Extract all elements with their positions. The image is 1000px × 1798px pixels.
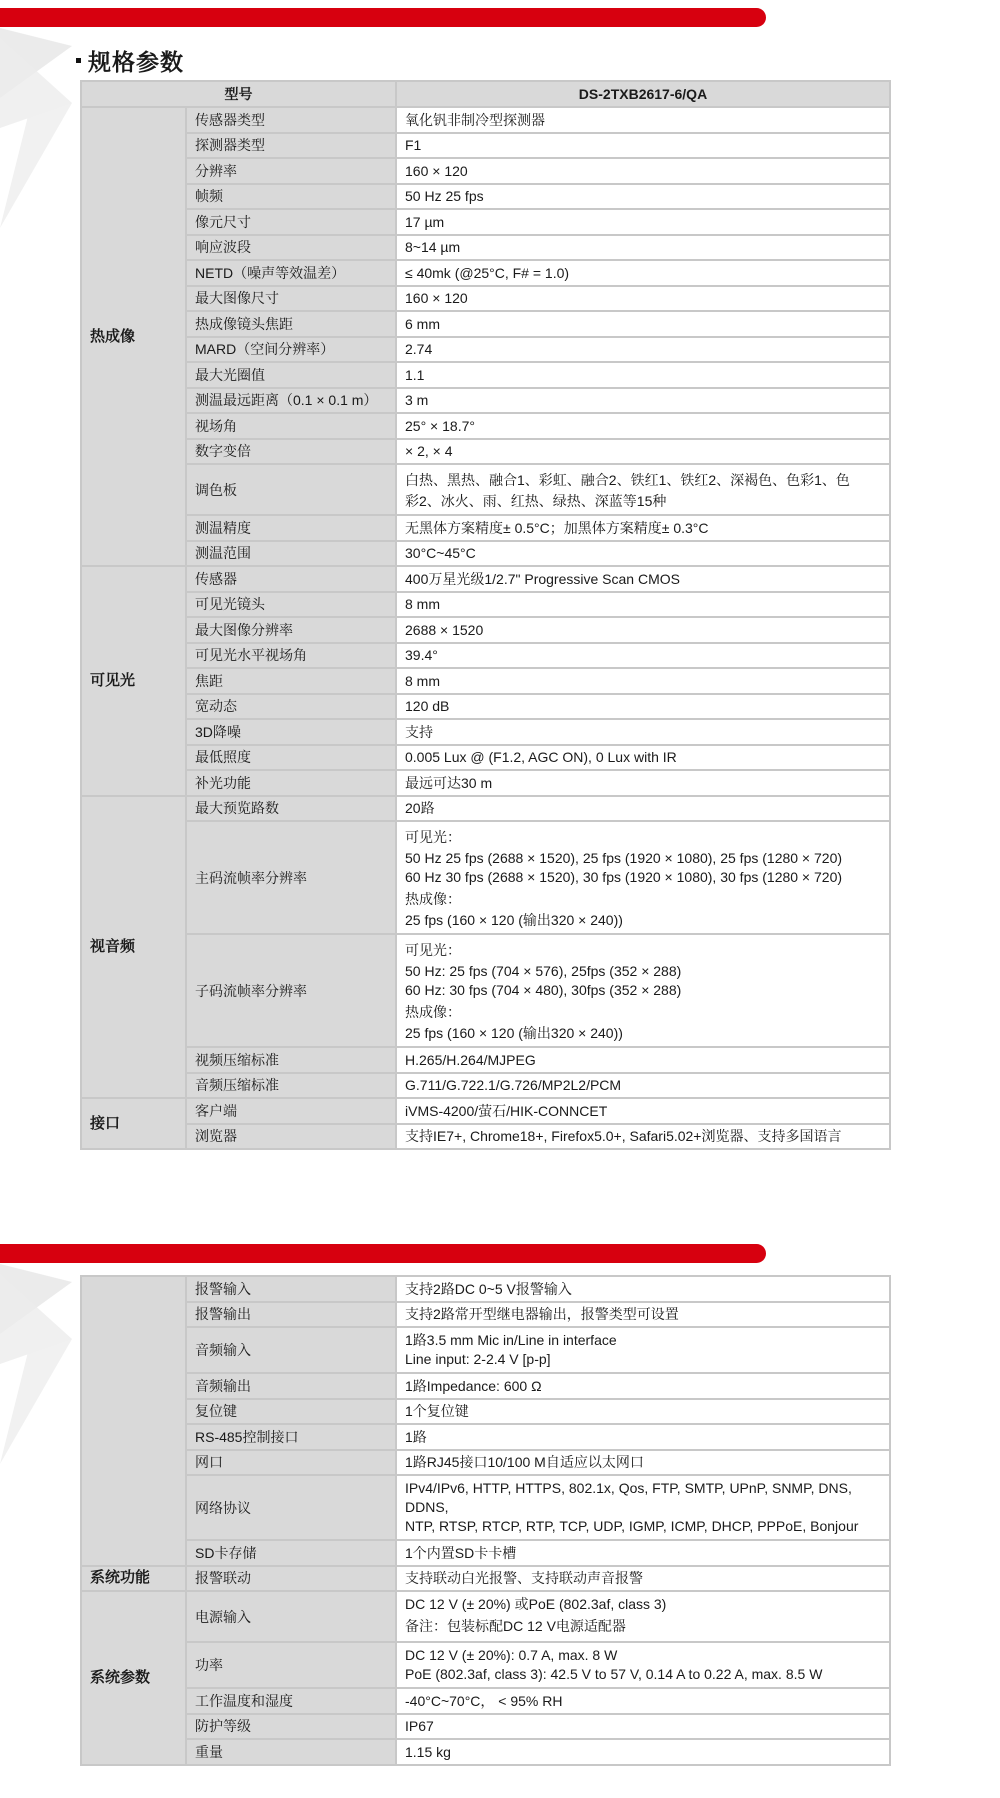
spec-value: 20路	[396, 796, 890, 822]
spec-key: 报警输入	[186, 1276, 396, 1302]
spec-value: iVMS-4200/萤石/HIK-CONNCET	[396, 1098, 890, 1124]
spec-value: 160 × 120	[396, 158, 890, 184]
table-row: 复位键1个复位键	[81, 1399, 890, 1425]
middle-red-banner	[0, 1244, 766, 1263]
table-row: 宽动态120 dB	[81, 694, 890, 720]
header-label: 型号	[81, 81, 396, 107]
spec-value: 8 mm	[396, 592, 890, 618]
spec-value: 1路Impedance: 600 Ω	[396, 1373, 890, 1399]
table-row: RS-485控制接口1路	[81, 1424, 890, 1450]
table-row: 网络协议IPv4/IPv6, HTTP, HTTPS, 802.1x, Qos,…	[81, 1475, 890, 1540]
table-row: 子码流帧率分辨率可见光：50 Hz: 25 fps (704 × 576), 2…	[81, 934, 890, 1047]
spec-value: G.711/G.722.1/G.726/MP2L2/PCM	[396, 1073, 890, 1099]
spec-key: 分辨率	[186, 158, 396, 184]
spec-key: 宽动态	[186, 694, 396, 720]
spec-key: 防护等级	[186, 1714, 396, 1740]
spec-table-2: 报警输入支持2路DC 0~5 V报警输入报警输出支持2路常开型继电器输出，报警类…	[80, 1275, 891, 1766]
spec-key: 复位键	[186, 1399, 396, 1425]
table-row: 重量1.15 kg	[81, 1739, 890, 1765]
spec-value: 支持IE7+, Chrome18+, Firefox5.0+, Safari5.…	[396, 1124, 890, 1150]
spec-value: 支持联动白光报警、支持联动声音报警	[396, 1566, 890, 1592]
spec-key: 浏览器	[186, 1124, 396, 1150]
spec-key: 焦距	[186, 668, 396, 694]
table-row: 防护等级IP67	[81, 1714, 890, 1740]
spec-value-line: 备注：包装标配DC 12 V电源适配器	[405, 1614, 881, 1638]
spec-value-line: 可见光：	[405, 938, 881, 962]
spec-key: 音频输出	[186, 1373, 396, 1399]
table-row: SD卡存储1个内置SD卡卡槽	[81, 1540, 890, 1566]
spec-key: 最大图像分辨率	[186, 617, 396, 643]
spec-key: 热成像镜头焦距	[186, 311, 396, 337]
table-row: 测温范围30°C~45°C	[81, 541, 890, 567]
spec-value: 1个复位键	[396, 1399, 890, 1425]
table-row: NETD（噪声等效温差）≤ 40mk (@25°C, F# = 1.0)	[81, 260, 890, 286]
spec-value: 30°C~45°C	[396, 541, 890, 567]
spec-key: 工作温度和湿度	[186, 1688, 396, 1714]
decorative-triangles-icon	[0, 28, 80, 228]
spec-value: 8 mm	[396, 668, 890, 694]
spec-key: 传感器	[186, 566, 396, 592]
table-row: 工作温度和湿度-40°C~70°C， < 95% RH	[81, 1688, 890, 1714]
table-row: 浏览器支持IE7+, Chrome18+, Firefox5.0+, Safar…	[81, 1124, 890, 1150]
spec-value-line: IPv4/IPv6, HTTP, HTTPS, 802.1x, Qos, FTP…	[405, 1479, 881, 1517]
spec-key: 报警输出	[186, 1302, 396, 1328]
table-row: 最大图像尺寸160 × 120	[81, 286, 890, 312]
spec-key: MARD（空间分辨率）	[186, 337, 396, 363]
spec-value: IPv4/IPv6, HTTP, HTTPS, 802.1x, Qos, FTP…	[396, 1475, 890, 1540]
spec-key: 可见光镜头	[186, 592, 396, 618]
spec-value-line: 50 Hz: 25 fps (704 × 576), 25fps (352 × …	[405, 962, 881, 981]
spec-value: 160 × 120	[396, 286, 890, 312]
table-row: 音频输出1路Impedance: 600 Ω	[81, 1373, 890, 1399]
spec-key: 最大图像尺寸	[186, 286, 396, 312]
spec-key: 子码流帧率分辨率	[186, 934, 396, 1047]
category-cell: 可见光	[81, 566, 186, 796]
spec-key: 重量	[186, 1739, 396, 1765]
spec-table-1: 型号 DS-2TXB2617-6/QA 热成像传感器类型氧化钒非制冷型探测器探测…	[80, 80, 891, 1150]
spec-value-line: 25 fps (160 × 120 (输出320 × 240))	[405, 911, 881, 930]
table-row: 数字变倍× 2, × 4	[81, 439, 890, 465]
spec-value: DC 12 V (± 20%): 0.7 A, max. 8 WPoE (802…	[396, 1642, 890, 1688]
spec-value: 1路	[396, 1424, 890, 1450]
spec-value: 1路3.5 mm Mic in/Line in interfaceLine in…	[396, 1327, 890, 1373]
top-red-banner	[0, 8, 766, 27]
spec-key: 电源输入	[186, 1591, 396, 1642]
spec-key: 可见光水平视场角	[186, 643, 396, 669]
category-cell: 系统参数	[81, 1591, 186, 1765]
spec-key: 数字变倍	[186, 439, 396, 465]
spec-key: 测温最远距离（0.1 × 0.1 m）	[186, 388, 396, 414]
table-row: 3D降噪支持	[81, 719, 890, 745]
table-row: 系统功能报警联动支持联动白光报警、支持联动声音报警	[81, 1566, 890, 1592]
spec-key: 主码流帧率分辨率	[186, 821, 396, 934]
spec-value: 3 m	[396, 388, 890, 414]
table-row: 测温最远距离（0.1 × 0.1 m）3 m	[81, 388, 890, 414]
spec-value: -40°C~70°C， < 95% RH	[396, 1688, 890, 1714]
spec-value-line: DC 12 V (± 20%) 或PoE (802.3af, class 3)	[405, 1595, 881, 1614]
spec-value: × 2, × 4	[396, 439, 890, 465]
spec-value-line: PoE (802.3af, class 3): 42.5 V to 57 V, …	[405, 1665, 881, 1684]
spec-value: 氧化钒非制冷型探测器	[396, 107, 890, 133]
spec-key: 音频输入	[186, 1327, 396, 1373]
spec-value: 8~14 µm	[396, 235, 890, 261]
spec-value-line: 热成像：	[405, 887, 881, 911]
table-row: 可见光镜头8 mm	[81, 592, 890, 618]
spec-value: DC 12 V (± 20%) 或PoE (802.3af, class 3)备…	[396, 1591, 890, 1642]
table-row: 帧频50 Hz 25 fps	[81, 184, 890, 210]
spec-value: IP67	[396, 1714, 890, 1740]
spec-key: 测温精度	[186, 515, 396, 541]
spec-value: F1	[396, 133, 890, 159]
spec-value: 最远可达30 m	[396, 770, 890, 796]
spec-value-line: 可见光：	[405, 825, 881, 849]
spec-value: 可见光：50 Hz: 25 fps (704 × 576), 25fps (35…	[396, 934, 890, 1047]
category-cell: 系统功能	[81, 1566, 186, 1592]
header-model: DS-2TXB2617-6/QA	[396, 81, 890, 107]
spec-value: H.265/H.264/MJPEG	[396, 1047, 890, 1073]
table-row: 接口客户端iVMS-4200/萤石/HIK-CONNCET	[81, 1098, 890, 1124]
spec-key: RS-485控制接口	[186, 1424, 396, 1450]
spec-key: 最低照度	[186, 745, 396, 771]
spec-key: 报警联动	[186, 1566, 396, 1592]
spec-key: 帧频	[186, 184, 396, 210]
table-row: 视频压缩标准H.265/H.264/MJPEG	[81, 1047, 890, 1073]
table-row: 补光功能最远可达30 m	[81, 770, 890, 796]
table-row: 功率DC 12 V (± 20%): 0.7 A, max. 8 WPoE (8…	[81, 1642, 890, 1688]
spec-key: 探测器类型	[186, 133, 396, 159]
spec-value: 支持	[396, 719, 890, 745]
spec-value-line: 白热、黑热、融合1、彩虹、融合2、铁红1、铁红2、深褐色、色彩1、色	[405, 468, 881, 492]
spec-key: 像元尺寸	[186, 209, 396, 235]
spec-value: 1路RJ45接口10/100 M自适应以太网口	[396, 1450, 890, 1476]
spec-value-line: 50 Hz 25 fps (2688 × 1520), 25 fps (1920…	[405, 849, 881, 868]
spec-value: 1.1	[396, 362, 890, 388]
table-header-row: 型号 DS-2TXB2617-6/QA	[81, 81, 890, 107]
spec-key: 视频压缩标准	[186, 1047, 396, 1073]
spec-value: 17 µm	[396, 209, 890, 235]
table-row: 最大图像分辨率2688 × 1520	[81, 617, 890, 643]
spec-value: 支持2路DC 0~5 V报警输入	[396, 1276, 890, 1302]
spec-key: NETD（噪声等效温差）	[186, 260, 396, 286]
spec-key: 测温范围	[186, 541, 396, 567]
spec-value: 2688 × 1520	[396, 617, 890, 643]
spec-key: 客户端	[186, 1098, 396, 1124]
spec-value: 1个内置SD卡卡槽	[396, 1540, 890, 1566]
spec-key: 最大光圈值	[186, 362, 396, 388]
table-row: 报警输入支持2路DC 0~5 V报警输入	[81, 1276, 890, 1302]
spec-value: 25° × 18.7°	[396, 413, 890, 439]
spec-value-line: 热成像：	[405, 1000, 881, 1024]
table-row: 视音频最大预览路数20路	[81, 796, 890, 822]
decorative-triangles-icon	[0, 1264, 80, 1464]
spec-key: 网口	[186, 1450, 396, 1476]
spec-value-line: 60 Hz: 30 fps (704 × 480), 30fps (352 × …	[405, 981, 881, 1000]
spec-key: 补光功能	[186, 770, 396, 796]
spec-value: 支持2路常开型继电器输出，报警类型可设置	[396, 1302, 890, 1328]
spec-key: 最大预览路数	[186, 796, 396, 822]
table-row: 可见光传感器400万星光级1/2.7" Progressive Scan CMO…	[81, 566, 890, 592]
table-row: 报警输出支持2路常开型继电器输出，报警类型可设置	[81, 1302, 890, 1328]
spec-value-line: 彩2、冰火、雨、红热、绿热、深蓝等15种	[405, 492, 881, 511]
table-row: 最大光圈值1.1	[81, 362, 890, 388]
spec-key: 音频压缩标准	[186, 1073, 396, 1099]
category-cell: 热成像	[81, 107, 186, 566]
spec-key: SD卡存储	[186, 1540, 396, 1566]
spec-key: 3D降噪	[186, 719, 396, 745]
spec-value: 无黑体方案精度± 0.5°C；加黑体方案精度± 0.3°C	[396, 515, 890, 541]
table-row: MARD（空间分辨率）2.74	[81, 337, 890, 363]
spec-value: 2.74	[396, 337, 890, 363]
spec-key: 调色板	[186, 464, 396, 515]
title-bullet-icon	[76, 58, 81, 63]
spec-value: 1.15 kg	[396, 1739, 890, 1765]
spec-key: 视场角	[186, 413, 396, 439]
page-title: 规格参数	[76, 44, 184, 77]
spec-value-line: NTP, RTSP, RTCP, RTP, TCP, UDP, IGMP, IC…	[405, 1517, 881, 1536]
spec-key: 功率	[186, 1642, 396, 1688]
category-cell: 接口	[81, 1098, 186, 1149]
spec-value: 0.005 Lux @ (F1.2, AGC ON), 0 Lux with I…	[396, 745, 890, 771]
table-row: 音频输入1路3.5 mm Mic in/Line in interfaceLin…	[81, 1327, 890, 1373]
spec-value: ≤ 40mk (@25°C, F# = 1.0)	[396, 260, 890, 286]
spec-key: 网络协议	[186, 1475, 396, 1540]
table-row: 网口1路RJ45接口10/100 M自适应以太网口	[81, 1450, 890, 1476]
spec-value-line: Line input: 2-2.4 V [p-p]	[405, 1350, 881, 1369]
category-cell: 视音频	[81, 796, 186, 1099]
table-row: 视场角25° × 18.7°	[81, 413, 890, 439]
table-row: 最低照度0.005 Lux @ (F1.2, AGC ON), 0 Lux wi…	[81, 745, 890, 771]
spec-value: 白热、黑热、融合1、彩虹、融合2、铁红1、铁红2、深褐色、色彩1、色彩2、冰火、…	[396, 464, 890, 515]
table-row: 主码流帧率分辨率可见光：50 Hz 25 fps (2688 × 1520), …	[81, 821, 890, 934]
table-row: 可见光水平视场角39.4°	[81, 643, 890, 669]
table-row: 系统参数电源输入DC 12 V (± 20%) 或PoE (802.3af, c…	[81, 1591, 890, 1642]
table-row: 测温精度无黑体方案精度± 0.5°C；加黑体方案精度± 0.3°C	[81, 515, 890, 541]
category-cell	[81, 1276, 186, 1566]
spec-value: 400万星光级1/2.7" Progressive Scan CMOS	[396, 566, 890, 592]
spec-value-line: DC 12 V (± 20%): 0.7 A, max. 8 W	[405, 1646, 881, 1665]
spec-value: 可见光：50 Hz 25 fps (2688 × 1520), 25 fps (…	[396, 821, 890, 934]
table-row: 音频压缩标准G.711/G.722.1/G.726/MP2L2/PCM	[81, 1073, 890, 1099]
spec-value-line: 60 Hz 30 fps (2688 × 1520), 30 fps (1920…	[405, 868, 881, 887]
table-row: 调色板白热、黑热、融合1、彩虹、融合2、铁红1、铁红2、深褐色、色彩1、色彩2、…	[81, 464, 890, 515]
page-title-text: 规格参数	[88, 44, 184, 77]
spec-value: 39.4°	[396, 643, 890, 669]
table-row: 像元尺寸17 µm	[81, 209, 890, 235]
spec-value: 6 mm	[396, 311, 890, 337]
table-row: 响应波段8~14 µm	[81, 235, 890, 261]
table-row: 热成像镜头焦距6 mm	[81, 311, 890, 337]
spec-key: 传感器类型	[186, 107, 396, 133]
table-row: 分辨率160 × 120	[81, 158, 890, 184]
table-row: 热成像传感器类型氧化钒非制冷型探测器	[81, 107, 890, 133]
spec-value-line: 25 fps (160 × 120 (输出320 × 240))	[405, 1024, 881, 1043]
spec-value-line: 1路3.5 mm Mic in/Line in interface	[405, 1331, 881, 1350]
table-row: 探测器类型F1	[81, 133, 890, 159]
spec-key: 响应波段	[186, 235, 396, 261]
spec-value: 120 dB	[396, 694, 890, 720]
spec-value: 50 Hz 25 fps	[396, 184, 890, 210]
table-row: 焦距8 mm	[81, 668, 890, 694]
